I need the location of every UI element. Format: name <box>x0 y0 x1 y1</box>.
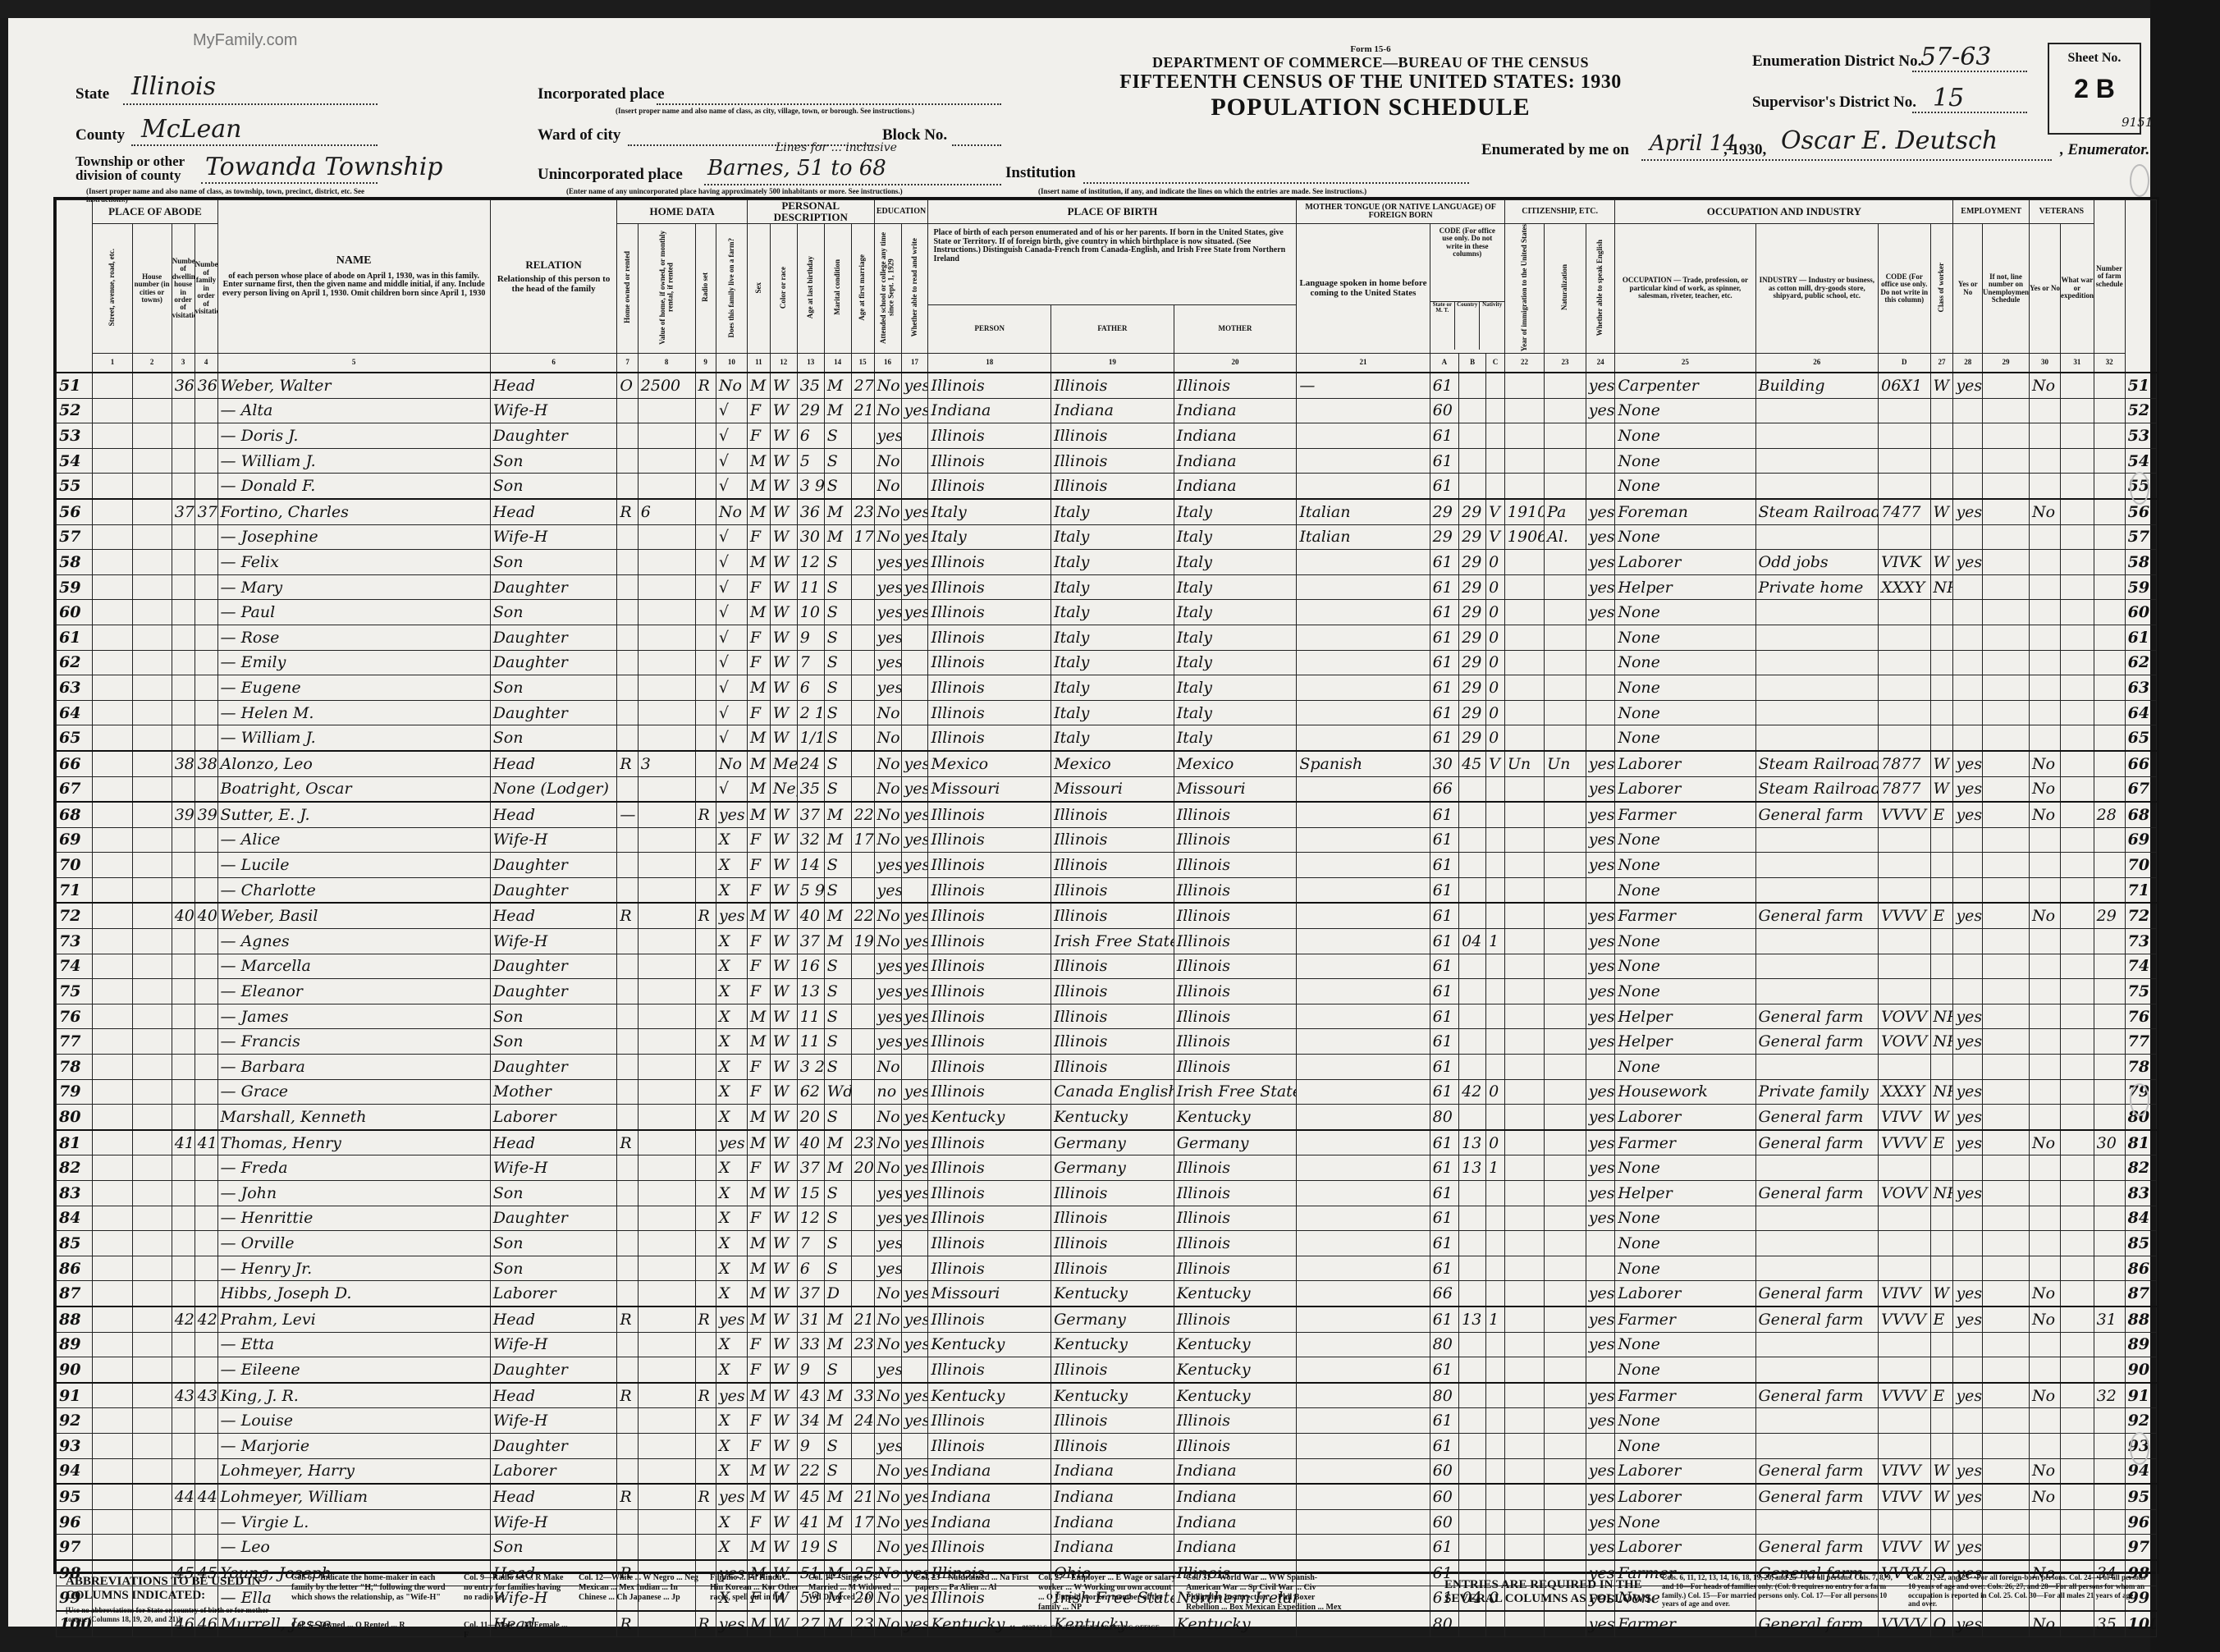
line-number: 79 <box>57 1079 93 1105</box>
cell-relation: Daughter <box>490 877 617 903</box>
cell-immigration <box>1504 1332 1544 1357</box>
cell-family <box>195 776 217 802</box>
line-number: 87 <box>57 1281 93 1306</box>
cell-farm: √ <box>716 675 747 701</box>
cell-codeA: 80 <box>1430 1383 1459 1408</box>
cell-farm-sched <box>2094 499 2125 524</box>
cell-radio <box>695 524 716 550</box>
cell-father: Illinois <box>1051 802 1174 827</box>
cell-mother: Irish Free State <box>1174 1079 1297 1105</box>
cell-radio: R <box>695 903 716 928</box>
head-c24-text: Whether able to speak English <box>1596 240 1604 336</box>
line-number: 54 <box>57 448 93 474</box>
cell-farm-sched <box>2094 1433 2125 1458</box>
table-row: 60— PaulSon√MW10SyesyesIllinoisItalyItal… <box>57 600 2157 625</box>
cell-immigration <box>1504 853 1544 878</box>
cell-street <box>93 1408 132 1434</box>
cell-war <box>2061 499 2094 524</box>
cell-father: Kentucky <box>1051 1383 1174 1408</box>
cell-codeA: 61 <box>1430 625 1459 650</box>
cell-war <box>2061 877 2094 903</box>
cell-name: — Marjorie <box>217 1433 490 1458</box>
cell-mother: Illinois <box>1174 979 1297 1004</box>
cell-birth: Illinois <box>928 979 1051 1004</box>
head-c29: If not, line number on Unemployment Sche… <box>1982 224 2029 354</box>
cell-birth: Illinois <box>928 1535 1051 1560</box>
cell-mother: Kentucky <box>1174 1281 1297 1306</box>
cell-occupation: Laborer <box>1615 1105 1755 1130</box>
cell-age-marriage <box>851 625 874 650</box>
cell-value <box>638 1408 695 1434</box>
cell-age: 2 10/12 <box>797 700 824 725</box>
abbrev-col9: Col. 9—Radio set ... R Make no entry for… <box>464 1573 570 1603</box>
cell-family <box>195 1206 217 1231</box>
cell-at-work <box>1953 979 1983 1004</box>
cell-war <box>2061 954 2094 979</box>
cell-naturalization <box>1545 1206 1586 1231</box>
cell-codeC <box>1486 853 1505 878</box>
cell-name: — William J. <box>217 725 490 751</box>
cell-veteran: No <box>2030 1306 2061 1332</box>
cell-radio <box>695 1357 716 1383</box>
cell-veteran <box>2030 1029 2061 1055</box>
cell-street <box>93 1306 132 1332</box>
cell-unemp-line <box>1982 1509 2029 1535</box>
cell-birth: Illinois <box>928 1029 1051 1055</box>
line-col-head-right <box>2125 200 2156 373</box>
cell-immigration <box>1504 776 1544 802</box>
cell-school: No <box>874 725 901 751</box>
cell-war <box>2061 1079 2094 1105</box>
cell-mother: Illinois <box>1174 877 1297 903</box>
cell-at-work <box>1953 574 1983 600</box>
cell-race: W <box>770 373 797 398</box>
cell-farm-sched <box>2094 1079 2125 1105</box>
cell-marital: M <box>824 1408 851 1434</box>
cell-school: No <box>874 1535 901 1560</box>
cell-farm-sched <box>2094 1055 2125 1080</box>
cell-owned <box>617 1105 638 1130</box>
cell-sex: F <box>747 1055 770 1080</box>
cell-codeD <box>1879 1206 1930 1231</box>
cell-codeA: 80 <box>1430 1332 1459 1357</box>
line-number-right: 82 <box>2125 1155 2156 1181</box>
column-number: 3 <box>172 354 195 373</box>
cell-codeA: 30 <box>1430 751 1459 776</box>
cell-age: 1/12 <box>797 725 824 751</box>
line-number-right: 59 <box>2125 574 2156 600</box>
corner-note: 9151 <box>2122 115 2153 130</box>
cell-codeA: 61 <box>1430 373 1459 398</box>
head-c8-text: Value of home, if owned, or monthly rent… <box>659 224 675 352</box>
cell-codeD: VIVV <box>1879 1458 1930 1484</box>
cell-mother: Italy <box>1174 499 1297 524</box>
cell-war <box>2061 474 2094 499</box>
cell-house <box>132 725 172 751</box>
cell-name: — Lucile <box>217 853 490 878</box>
cell-immigration <box>1504 1231 1544 1256</box>
cell-age: 9 <box>797 625 824 650</box>
cell-language <box>1297 1181 1430 1206</box>
cell-war <box>2061 1458 2094 1484</box>
cell-marital: M <box>824 1155 851 1181</box>
cell-unemp-line <box>1982 550 2029 575</box>
cell-veteran <box>2030 574 2061 600</box>
cell-dwelling <box>172 550 195 575</box>
cell-owned <box>617 423 638 449</box>
cell-father: Kentucky <box>1051 1332 1174 1357</box>
cell-codeB <box>1459 373 1486 398</box>
head-c1: Street, avenue, road, etc. <box>93 224 132 354</box>
cell-codeA: 80 <box>1430 1105 1459 1130</box>
cell-radio <box>695 1181 716 1206</box>
column-number: D <box>1879 354 1930 373</box>
cell-value <box>638 1181 695 1206</box>
cell-value <box>638 675 695 701</box>
head-c31: What war or expedition? <box>2061 224 2094 354</box>
table-row: 90— EileeneDaughterXFW9SyesIllinoisIllin… <box>57 1357 2157 1383</box>
cell-language <box>1297 1130 1430 1155</box>
cell-street <box>93 1029 132 1055</box>
cell-worker-class: W <box>1930 1484 1953 1509</box>
cell-owned: R <box>617 1306 638 1332</box>
cell-name: Alonzo, Leo <box>217 751 490 776</box>
cell-house <box>132 827 172 853</box>
cell-school: No <box>874 700 901 725</box>
cell-dwelling <box>172 524 195 550</box>
cell-mother: Indiana <box>1174 423 1297 449</box>
cell-school: yes <box>874 550 901 575</box>
cell-owned <box>617 954 638 979</box>
cell-street <box>93 574 132 600</box>
cell-farm: yes <box>716 1484 747 1509</box>
cell-language <box>1297 474 1430 499</box>
head-cD: CODE (For office use only. Do not write … <box>1879 224 1930 354</box>
cell-codeD: VOVV <box>1879 1029 1930 1055</box>
cell-birth: Illinois <box>928 1130 1051 1155</box>
cell-name: — John <box>217 1181 490 1206</box>
cell-english: yes <box>1586 600 1615 625</box>
cell-relation: Wife-H <box>490 398 617 423</box>
cell-industry: General farm <box>1755 1181 1879 1206</box>
cell-codeB: 13 <box>1459 1155 1486 1181</box>
cell-english: yes <box>1586 853 1615 878</box>
cell-naturalization <box>1545 1357 1586 1383</box>
cell-dwelling: 40 <box>172 903 195 928</box>
cell-codeD <box>1879 1408 1930 1434</box>
cell-radio <box>695 1105 716 1130</box>
cell-occupation: None <box>1615 1256 1755 1281</box>
cell-codeB: 29 <box>1459 700 1486 725</box>
cell-codeB <box>1459 1509 1486 1535</box>
cell-codeC <box>1486 448 1505 474</box>
cell-industry <box>1755 954 1879 979</box>
cell-naturalization <box>1545 574 1586 600</box>
cell-age: 16 <box>797 954 824 979</box>
column-number: 14 <box>824 354 851 373</box>
cell-house <box>132 1004 172 1029</box>
cell-read: yes <box>901 903 928 928</box>
cell-radio: R <box>695 802 716 827</box>
cell-birth: Illinois <box>928 423 1051 449</box>
cell-age-marriage: 23 <box>851 1332 874 1357</box>
table-row: 724040Weber, BasilHeadRRyesMW40M22NoyesI… <box>57 903 2157 928</box>
cell-house <box>132 550 172 575</box>
line-number-right: 95 <box>2125 1484 2156 1509</box>
cell-codeC <box>1486 827 1505 853</box>
cell-race: W <box>770 700 797 725</box>
table-row: 78— BarbaraDaughterXFW3 2/12SNoIllinoisI… <box>57 1055 2157 1080</box>
line-number-right: 63 <box>2125 675 2156 701</box>
table-row: 75— EleanorDaughterXFW13SyesyesIllinoisI… <box>57 979 2157 1004</box>
cell-dwelling <box>172 954 195 979</box>
cell-naturalization <box>1545 1004 1586 1029</box>
cell-farm-sched <box>2094 877 2125 903</box>
cell-read: yes <box>901 929 928 954</box>
cell-farm: X <box>716 1458 747 1484</box>
cell-war <box>2061 625 2094 650</box>
cell-codeD: 7877 <box>1879 751 1930 776</box>
cell-worker-class <box>1930 675 1953 701</box>
cell-race: W <box>770 1105 797 1130</box>
cell-at-work <box>1953 1155 1983 1181</box>
cell-name: — Charlotte <box>217 877 490 903</box>
cell-veteran <box>2030 979 2061 1004</box>
cell-naturalization <box>1545 827 1586 853</box>
cell-marital: S <box>824 675 851 701</box>
cell-value <box>638 1281 695 1306</box>
cell-race: W <box>770 853 797 878</box>
cell-worker-class <box>1930 650 1953 675</box>
table-row: 94Lohmeyer, HarryLaborerXMW22SNoyesIndia… <box>57 1458 2157 1484</box>
cell-farm: X <box>716 1281 747 1306</box>
cell-name: — Paul <box>217 600 490 625</box>
cell-veteran: No <box>2030 776 2061 802</box>
cell-age: 20 <box>797 1105 824 1130</box>
cell-family <box>195 448 217 474</box>
punch-hole <box>2130 1083 2149 1116</box>
cell-immigration <box>1504 423 1544 449</box>
cell-dwelling <box>172 625 195 650</box>
cell-family: 39 <box>195 802 217 827</box>
cell-radio <box>695 1458 716 1484</box>
line-number-right: 77 <box>2125 1029 2156 1055</box>
cell-name: Weber, Basil <box>217 903 490 928</box>
cell-owned <box>617 929 638 954</box>
cell-veteran: No <box>2030 1484 2061 1509</box>
cell-naturalization <box>1545 877 1586 903</box>
cell-family <box>195 1535 217 1560</box>
cell-owned <box>617 550 638 575</box>
cell-codeD <box>1879 675 1930 701</box>
head-c22-text: Year of immigration to the United States <box>1521 224 1528 351</box>
group-veterans: VETERANS <box>2030 200 2094 224</box>
cell-age: 12 <box>797 1206 824 1231</box>
cell-birth: Italy <box>928 499 1051 524</box>
cell-family <box>195 725 217 751</box>
cell-father: Italy <box>1051 499 1174 524</box>
cell-language: — <box>1297 373 1430 398</box>
cell-school: No <box>874 751 901 776</box>
cell-sex: M <box>747 1231 770 1256</box>
cell-owned <box>617 700 638 725</box>
cell-mother: Illinois <box>1174 1055 1297 1080</box>
cell-english: yes <box>1586 802 1615 827</box>
cell-relation: Son <box>490 1181 617 1206</box>
cell-name: Prahm, Levi <box>217 1306 490 1332</box>
cell-sex: F <box>747 1079 770 1105</box>
cell-age: 11 <box>797 1004 824 1029</box>
cell-codeB <box>1459 1408 1486 1434</box>
cell-english <box>1586 877 1615 903</box>
cell-at-work <box>1953 877 1983 903</box>
line-number: 74 <box>57 954 93 979</box>
cell-house <box>132 1155 172 1181</box>
cell-value <box>638 1206 695 1231</box>
cell-codeA: 66 <box>1430 1281 1459 1306</box>
cell-radio <box>695 499 716 524</box>
cell-unemp-line <box>1982 499 2029 524</box>
cell-language <box>1297 550 1430 575</box>
cell-war <box>2061 1357 2094 1383</box>
line-number: 73 <box>57 929 93 954</box>
column-number: 24 <box>1586 354 1615 373</box>
cell-farm: √ <box>716 574 747 600</box>
cell-farm-sched: 28 <box>2094 802 2125 827</box>
cell-value <box>638 625 695 650</box>
column-number: 19 <box>1051 354 1174 373</box>
cell-age: 5 9/12 <box>797 877 824 903</box>
line-number: 51 <box>57 373 93 398</box>
cell-race: W <box>770 1004 797 1029</box>
cell-relation: Daughter <box>490 1433 617 1458</box>
cell-codeD: VIVV <box>1879 1484 1930 1509</box>
cell-immigration <box>1504 398 1544 423</box>
group-employment: EMPLOYMENT <box>1953 200 2030 224</box>
cell-race: W <box>770 474 797 499</box>
cell-race: W <box>770 1055 797 1080</box>
cell-sex: F <box>747 650 770 675</box>
cell-farm-sched <box>2094 398 2125 423</box>
cell-school: yes <box>874 853 901 878</box>
cell-war <box>2061 550 2094 575</box>
cell-read: yes <box>901 1155 928 1181</box>
cell-house <box>132 1408 172 1434</box>
cell-naturalization <box>1545 979 1586 1004</box>
cell-war <box>2061 853 2094 878</box>
cell-at-work: yes <box>1953 1383 1983 1408</box>
cell-age-marriage <box>851 751 874 776</box>
cell-immigration <box>1504 1535 1544 1560</box>
cell-unemp-line <box>1982 1484 2029 1509</box>
cell-farm: X <box>716 1357 747 1383</box>
cell-radio <box>695 398 716 423</box>
line-number-right: 97 <box>2125 1535 2156 1560</box>
cell-codeD <box>1879 1055 1930 1080</box>
township-value: Towanda Township <box>205 153 443 181</box>
line-number-right: 72 <box>2125 903 2156 928</box>
cell-sex: F <box>747 1357 770 1383</box>
cell-mother: Italy <box>1174 574 1297 600</box>
cell-industry <box>1755 877 1879 903</box>
cell-radio <box>695 1155 716 1181</box>
cell-value <box>638 776 695 802</box>
group-education: EDUCATION <box>874 200 928 224</box>
cell-language <box>1297 827 1430 853</box>
cell-english <box>1586 1433 1615 1458</box>
cell-english: yes <box>1586 550 1615 575</box>
cell-age-marriage <box>851 1181 874 1206</box>
cell-occupation: Laborer <box>1615 1281 1755 1306</box>
cell-race: W <box>770 1357 797 1383</box>
cell-name: — Rose <box>217 625 490 650</box>
cell-farm: √ <box>716 650 747 675</box>
cell-immigration <box>1504 373 1544 398</box>
cell-relation: Head <box>490 499 617 524</box>
cell-naturalization <box>1545 1306 1586 1332</box>
cell-at-work <box>1953 827 1983 853</box>
cell-street <box>93 1256 132 1281</box>
cell-age: 41 <box>797 1509 824 1535</box>
cell-sex: F <box>747 1332 770 1357</box>
cell-relation: Head <box>490 903 617 928</box>
cell-war <box>2061 1055 2094 1080</box>
cell-language: Italian <box>1297 524 1430 550</box>
cell-at-work <box>1953 625 1983 650</box>
cell-immigration <box>1504 650 1544 675</box>
cell-marital: Wd <box>824 1079 851 1105</box>
cell-english: yes <box>1586 979 1615 1004</box>
cell-naturalization <box>1545 1281 1586 1306</box>
table-row: 57— JosephineWife-H√FW30M17NoyesItalyIta… <box>57 524 2157 550</box>
cell-unemp-line <box>1982 1281 2029 1306</box>
cell-age: 11 <box>797 574 824 600</box>
cell-codeD: 7877 <box>1879 776 1930 802</box>
cell-codeA: 61 <box>1430 1130 1459 1155</box>
cell-codeB <box>1459 877 1486 903</box>
cell-language <box>1297 979 1430 1004</box>
line-number-right: 61 <box>2125 625 2156 650</box>
cell-birth: Illinois <box>928 1079 1051 1105</box>
cell-war <box>2061 1408 2094 1434</box>
cell-farm-sched <box>2094 954 2125 979</box>
cell-naturalization <box>1545 1231 1586 1256</box>
cell-farm-sched <box>2094 1535 2125 1560</box>
cell-codeA: 61 <box>1430 903 1459 928</box>
cell-age-marriage: 21 <box>851 1306 874 1332</box>
cell-codeC: 1 <box>1486 1155 1505 1181</box>
cell-age: 3 9/12 <box>797 474 824 499</box>
cell-read: yes <box>901 954 928 979</box>
cell-dwelling <box>172 853 195 878</box>
cell-mother: Kentucky <box>1174 1383 1297 1408</box>
cell-codeB <box>1459 903 1486 928</box>
entries-b: Cols. 21, 22, and 23—For all foreign-bor… <box>1908 1573 2146 1609</box>
cell-owned <box>617 1029 638 1055</box>
line-number-right: 73 <box>2125 929 2156 954</box>
cell-school: yes <box>874 625 901 650</box>
cell-occupation: Foreman <box>1615 499 1755 524</box>
cell-veteran <box>2030 448 2061 474</box>
cell-codeB: 29 <box>1459 524 1486 550</box>
cell-mother: Italy <box>1174 650 1297 675</box>
head-c9: Radio set <box>695 224 716 354</box>
cell-industry: Private home <box>1755 574 1879 600</box>
cell-english <box>1586 650 1615 675</box>
cell-codeA: 61 <box>1430 550 1459 575</box>
cell-naturalization <box>1545 1130 1586 1155</box>
cell-veteran <box>2030 853 2061 878</box>
